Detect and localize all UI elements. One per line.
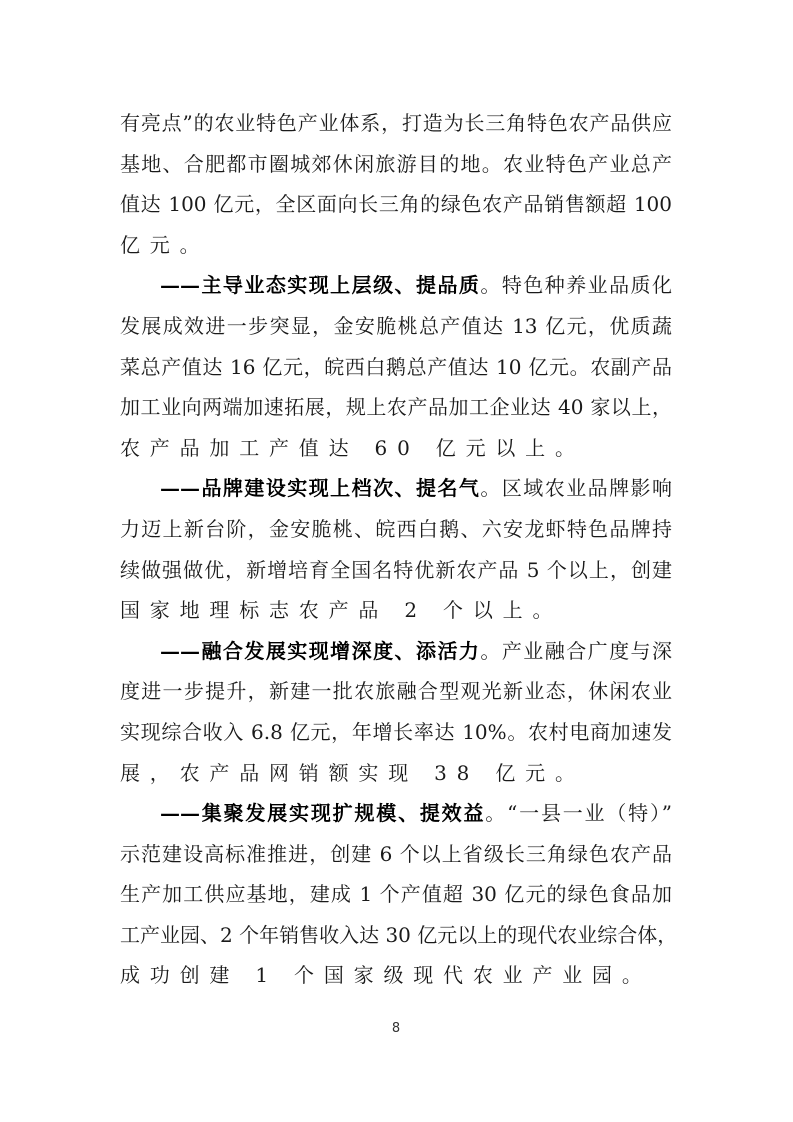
section-heading: ——融合发展实现增深度、添活力 xyxy=(160,639,480,663)
text-line: 工产业园、2 个年销售收入达 30 亿元以上的现代农业综合体， xyxy=(120,915,672,956)
text-line: 成功创建 1 个国家级现代农业产业园。 xyxy=(120,955,672,996)
paragraph-first-line: ——品牌建设实现上档次、提名气。区域农业品牌影响 xyxy=(120,468,672,509)
text-span: 。特色种养业品质化 xyxy=(480,273,672,297)
text-line: 菜总产值达 16 亿元，皖西白鹅总产值达 10 亿元。农副产品 xyxy=(120,347,672,388)
text-line: 值达 100 亿元，全区面向长三角的绿色农产品销售额超 100 xyxy=(120,184,672,225)
text-line: 基地、合肥都市圈城郊休闲旅游目的地。农业特色产业总产 xyxy=(120,144,672,185)
section-heading: ——主导业态实现上层级、提品质 xyxy=(160,273,480,297)
page-number: 8 xyxy=(386,1021,406,1036)
text-line: 亿元。 xyxy=(120,225,672,266)
text-line: 农产品加工产值达 60 亿元以上。 xyxy=(120,428,672,469)
text-span: 。区域农业品牌影响 xyxy=(480,476,672,500)
text-line: 续做强做优，新增培育全国名特优新农产品 5 个以上，创建 xyxy=(120,550,672,591)
paragraph-first-line: ——融合发展实现增深度、添活力。产业融合广度与深 xyxy=(120,631,672,672)
text-line: 有亮点”的农业特色产业体系，打造为长三角特色农产品供应 xyxy=(120,103,672,144)
text-line: 国家地理标志农产品 2 个以上。 xyxy=(120,590,672,631)
paragraph-first-line: ——主导业态实现上层级、提品质。特色种养业品质化 xyxy=(120,265,672,306)
text-span: 。“一县一业（特）” xyxy=(485,801,672,825)
text-line: 实现综合收入 6.8 亿元，年增长率达 10%。农村电商加速发 xyxy=(120,712,672,753)
text-line: 发展成效进一步突显，金安脆桃总产值达 13 亿元，优质蔬 xyxy=(120,306,672,347)
text-line: 力迈上新台阶，金安脆桃、皖西白鹅、六安龙虾特色品牌持 xyxy=(120,509,672,550)
section-heading: ——集聚发展实现扩规模、提效益 xyxy=(160,801,485,825)
text-line: 示范建设高标准推进，创建 6 个以上省级长三角绿色农产品 xyxy=(120,834,672,875)
text-line: 生产加工供应基地，建成 1 个产值超 30 亿元的绿色食品加 xyxy=(120,874,672,915)
text-line: 加工业向两端加速拓展，规上农产品加工企业达 40 家以上， xyxy=(120,387,672,428)
text-span: 。产业融合广度与深 xyxy=(480,639,672,663)
document-page: 有亮点”的农业特色产业体系，打造为长三角特色农产品供应 基地、合肥都市圈城郊休闲… xyxy=(0,0,793,1122)
section-heading: ——品牌建设实现上档次、提名气 xyxy=(160,476,480,500)
text-line: 展，农产品网销额实现 38 亿元。 xyxy=(120,753,672,794)
paragraph-first-line: ——集聚发展实现扩规模、提效益。“一县一业（特）” xyxy=(120,793,672,834)
text-line: 度进一步提升，新建一批农旅融合型观光新业态，休闲农业 xyxy=(120,671,672,712)
document-body: 有亮点”的农业特色产业体系，打造为长三角特色农产品供应 基地、合肥都市圈城郊休闲… xyxy=(120,103,672,996)
